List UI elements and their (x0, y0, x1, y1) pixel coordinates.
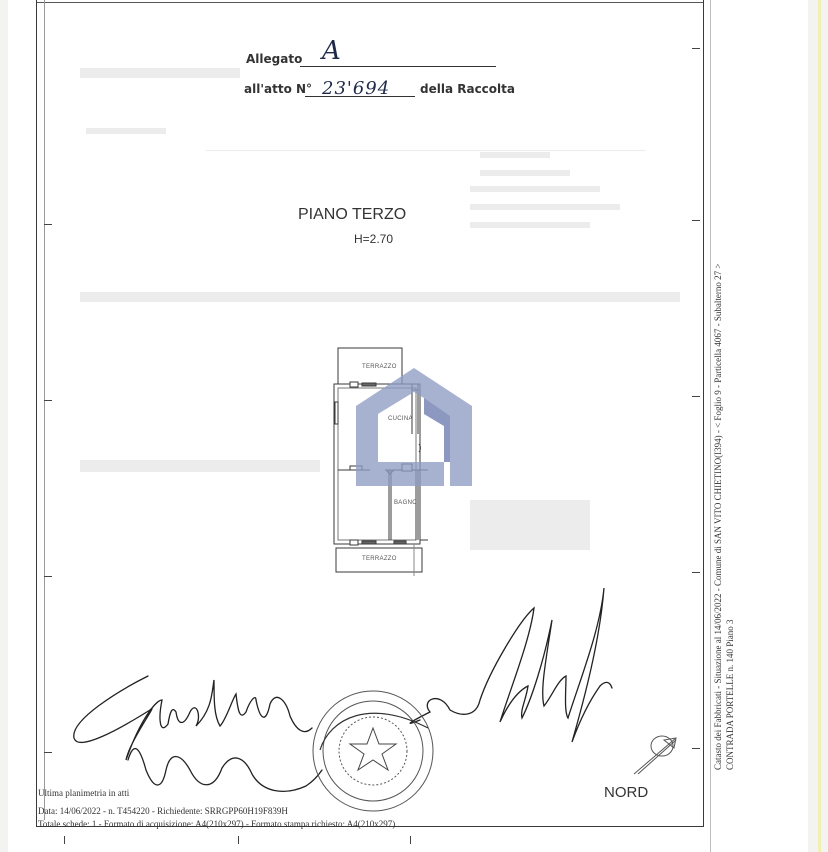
raccolta-label: della Raccolta (420, 82, 515, 96)
room-label-terrazzo-bottom: TERRAZZO (362, 556, 397, 562)
room-label-bagno: BAGNO (394, 500, 417, 506)
north-arrow-icon (630, 732, 680, 778)
floor-title: PIANO TERZO (298, 206, 406, 224)
footer-request-info: Data: 14/06/2022 - n. T454220 - Richiede… (38, 806, 288, 816)
frame-tick (44, 752, 52, 753)
page-edge (818, 0, 821, 852)
ceiling-height: H=2.70 (354, 232, 393, 246)
frame-tick (692, 748, 700, 749)
footer-format-info: Totale schede: 1 - Formato di acquisizio… (38, 819, 395, 829)
cadastral-reference-line1: Catasto dei Fabbricati - Situazione al 1… (712, 264, 724, 771)
frame-tick (692, 572, 700, 573)
frame-tick (44, 400, 52, 401)
frame-tick (44, 224, 52, 225)
footer-last-plan: Ultima planimetria in atti (38, 788, 129, 798)
frame-rule-right (710, 0, 711, 852)
frame-tick (64, 836, 65, 844)
frame-tick (692, 396, 700, 397)
notary-stamp (310, 688, 436, 814)
cadastral-reference-line2: CONTRADA PORTELLE n. 140 Piano 3 (724, 264, 736, 771)
agency-watermark-logo (356, 368, 472, 486)
frame-tick (44, 576, 52, 577)
atto-label: all'atto N° (244, 82, 312, 96)
frame-tick (692, 48, 700, 49)
allegato-handwritten-value: A (322, 36, 341, 66)
atto-handwritten-number: 23'694 (322, 78, 390, 99)
frame-tick (410, 836, 411, 844)
frame-rule-left (44, 0, 45, 820)
frame-tick (238, 836, 239, 844)
cadastral-reference: Catasto dei Fabbricati - Situazione al 1… (712, 264, 736, 771)
allegato-label: Allegato (246, 52, 302, 66)
frame-tick (692, 220, 700, 221)
allegato-underline (300, 66, 496, 67)
north-label: NORD (604, 784, 648, 801)
